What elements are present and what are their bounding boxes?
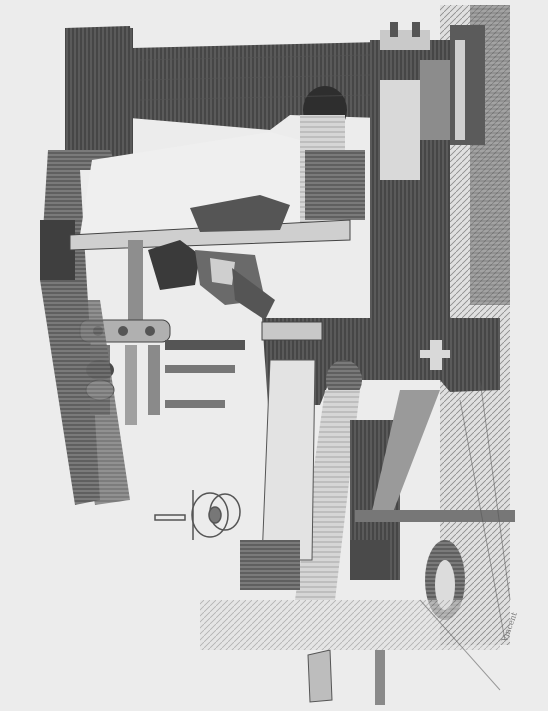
weaver-drawing [0,0,548,711]
